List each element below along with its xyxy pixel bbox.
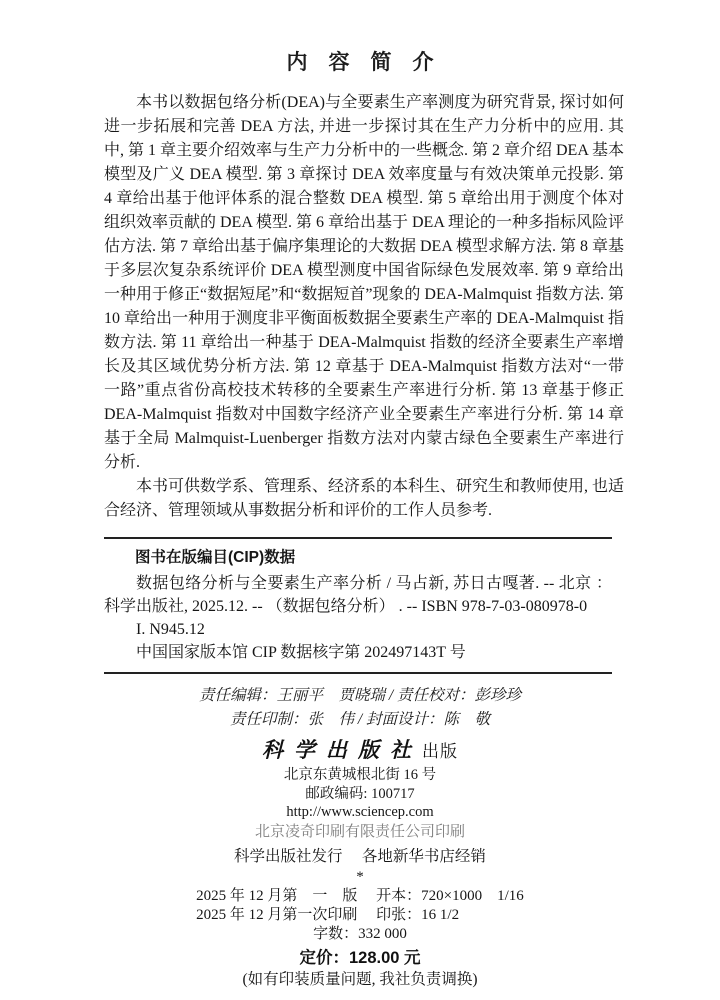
publisher-postcode: 邮政编码: 100717 (0, 785, 720, 804)
cip-heading: 图书在版编目(CIP)数据 (135, 546, 612, 570)
staff-credits: 责任编辑：王丽平 贾晓瑞 / 责任校对：彭珍珍 责任印制：张 伟 / 封面设计：… (0, 684, 720, 732)
page-title: 内 容 简 介 (0, 48, 720, 78)
price-line: 定价：128.00 元 (0, 947, 720, 969)
edition-first-line: 2025 年 12 月第 一 版 开本：720×1000 1/16 (196, 887, 524, 906)
edition-printing-line: 2025 年 12 月第一次印刷 印张：16 1/2 (196, 906, 524, 925)
publisher-website: http://www.sciencep.com (0, 803, 720, 822)
publisher-block: 科学出版社出版 北京东黄城根北街 16 号 邮政编码: 100717 http:… (0, 737, 720, 842)
cip-record-number: 中国国家版本馆 CIP 数据核字第 202497143T 号 (136, 642, 612, 664)
cip-entry: 数据包络分析与全要素生产率分析 / 马占新, 苏日古嘎著. -- 北京 ：科学出… (104, 572, 612, 618)
cip-content: 图书在版编目(CIP)数据 数据包络分析与全要素生产率分析 / 马占新, 苏日古… (104, 539, 612, 672)
credits-print-design: 责任印制：张 伟 / 封面设计：陈 敬 (0, 708, 720, 732)
quality-note: (如有印装质量问题, 我社负责调换) (0, 970, 720, 990)
printer-name: 北京凌奇印刷有限责任公司印刷 (0, 823, 720, 842)
content-introduction: 本书以数据包络分析(DEA)与全要素生产率测度为研究背景, 探讨如何进一步拓展和… (104, 91, 624, 523)
cip-bottom-rule (104, 672, 612, 674)
cip-block: 图书在版编目(CIP)数据 数据包络分析与全要素生产率分析 / 马占新, 苏日古… (104, 537, 612, 674)
separator-asterisk: * (0, 869, 720, 885)
word-count: 字数：332 000 (0, 925, 720, 944)
publisher-logo-line: 科学出版社出版 (0, 737, 720, 766)
publisher-logo: 科学出版社 (262, 738, 422, 762)
credits-editors: 责任编辑：王丽平 贾晓瑞 / 责任校对：彭珍珍 (0, 684, 720, 708)
intro-paragraph-1: 本书以数据包络分析(DEA)与全要素生产率测度为研究背景, 探讨如何进一步拓展和… (104, 91, 624, 475)
cip-classification: I. N945.12 (136, 619, 612, 641)
edition-column: 2025 年 12 月第 一 版 开本：720×1000 1/16 2025 年… (196, 887, 524, 925)
publisher-address: 北京东黄城根北街 16 号 (0, 766, 720, 785)
edition-info: 2025 年 12 月第 一 版 开本：720×1000 1/16 2025 年… (0, 887, 720, 925)
book-copyright-page: 内 容 简 介 本书以数据包络分析(DEA)与全要素生产率测度为研究背景, 探讨… (0, 0, 720, 1000)
publisher-publish-label: 出版 (422, 742, 458, 761)
distribution-line: 科学出版社发行 各地新华书店经销 (0, 847, 720, 867)
intro-paragraph-2: 本书可供数学系、管理系、经济系的本科生、研究生和教师使用, 也适合经济、管理领域… (104, 475, 624, 523)
